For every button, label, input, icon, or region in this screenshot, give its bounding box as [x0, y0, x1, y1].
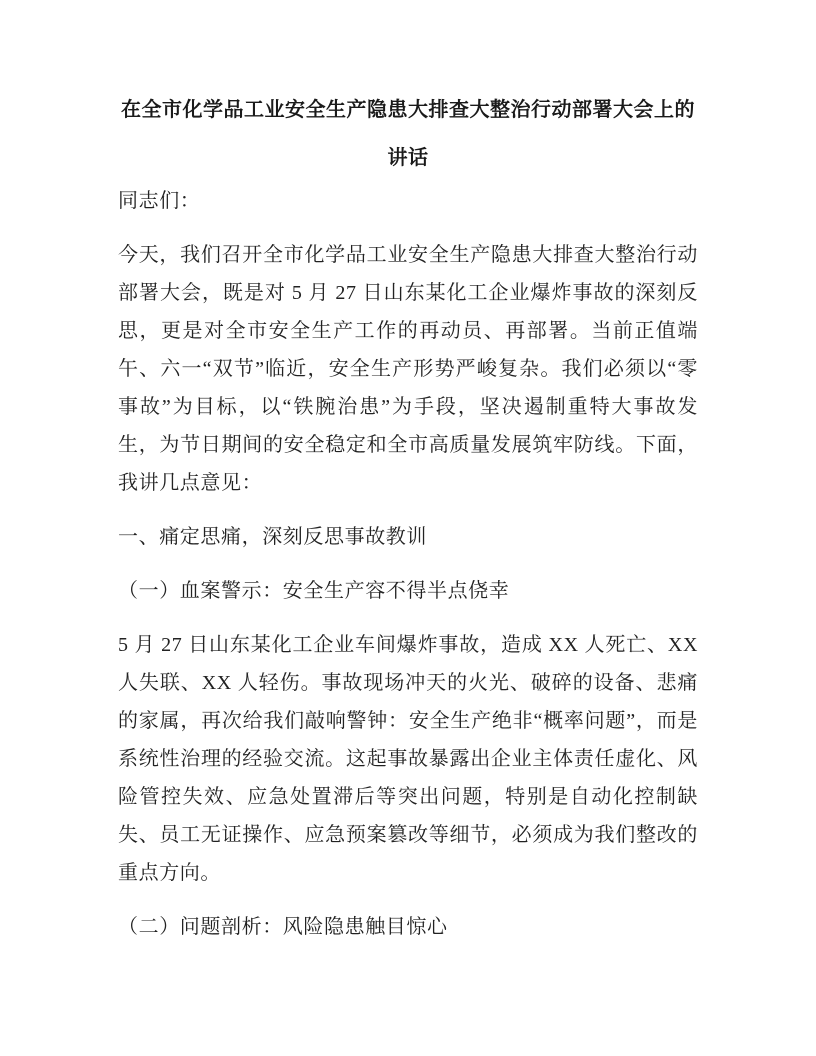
document-title: 在全市化学品工业安全生产隐患大排查大整治行动部署大会上的讲话	[118, 86, 698, 182]
section-heading-one: 一、痛定思痛，深刻反思事故教训	[118, 518, 698, 556]
document-page: 在全市化学品工业安全生产隐患大排查大整治行动部署大会上的讲话 同志们： 今天，我…	[0, 0, 816, 1056]
salutation: 同志们：	[118, 182, 698, 220]
paragraph-opening: 今天，我们召开全市化学品工业安全生产隐患大排查大整治行动部署大会，既是对 5 月…	[118, 236, 698, 502]
sub-heading-one-2: （二）问题剖析：风险隐患触目惊心	[118, 908, 698, 946]
paragraph-accident-analysis: 5 月 27 日山东某化工企业车间爆炸事故，造成 XX 人死亡、XX 人失联、X…	[118, 626, 698, 892]
sub-heading-one-1: （一）血案警示：安全生产容不得半点侥幸	[118, 572, 698, 610]
